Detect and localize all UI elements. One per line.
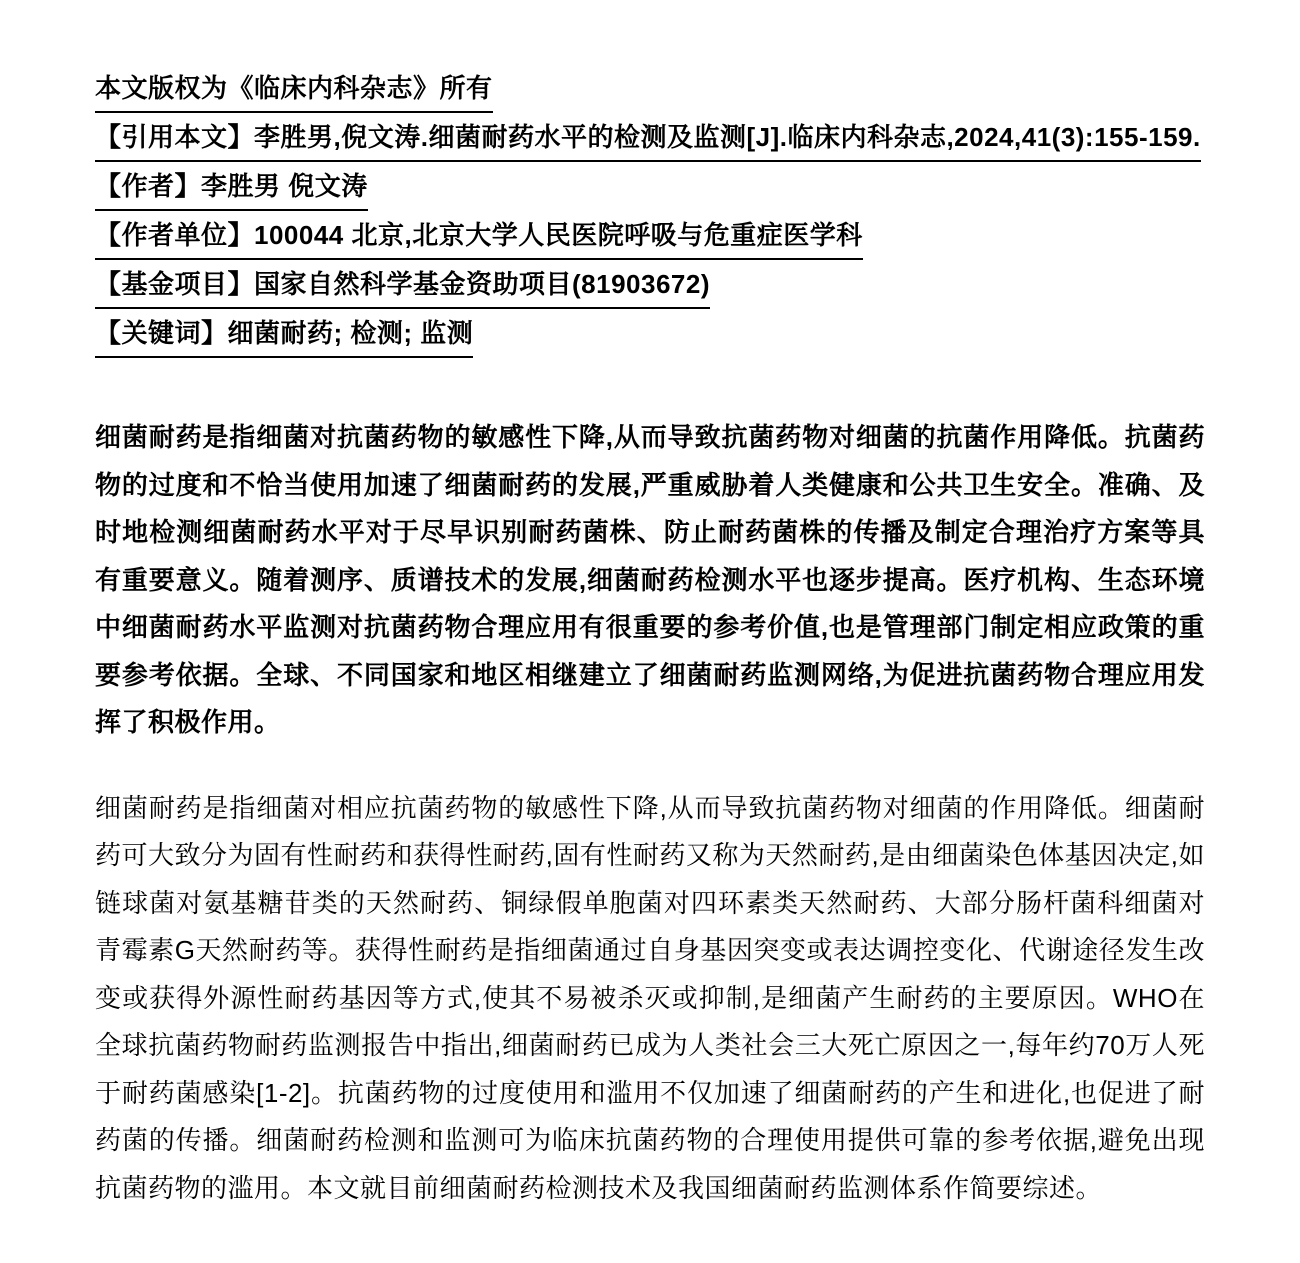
- funding-text: 【基金项目】国家自然科学基金资助项目(81903672): [95, 268, 710, 309]
- article-header-meta: 本文版权为《临床内科杂志》所有 【引用本文】李胜男,倪文涛.细菌耐药水平的检测及…: [95, 72, 1205, 358]
- keywords-text: 【关键词】细菌耐药; 检测; 监测: [95, 317, 473, 358]
- keywords-line: 【关键词】细菌耐药; 检测; 监测: [95, 317, 1205, 358]
- copyright-line: 本文版权为《临床内科杂志》所有: [95, 72, 1205, 113]
- abstract-paragraph: 细菌耐药是指细菌对抗菌药物的敏感性下降,从而导致抗菌药物对细菌的抗菌作用降低。抗…: [95, 414, 1205, 747]
- body-paragraph: 细菌耐药是指细菌对相应抗菌药物的敏感性下降,从而导致抗菌药物对细菌的作用降低。细…: [95, 785, 1205, 1213]
- citation-text: 【引用本文】李胜男,倪文涛.细菌耐药水平的检测及监测[J].临床内科杂志,202…: [95, 121, 1201, 162]
- copyright-text: 本文版权为《临床内科杂志》所有: [95, 72, 493, 113]
- affiliation-text: 【作者单位】100044 北京,北京大学人民医院呼吸与危重症医学科: [95, 219, 863, 260]
- authors-line: 【作者】李胜男 倪文涛: [95, 170, 1205, 211]
- authors-text: 【作者】李胜男 倪文涛: [95, 170, 368, 211]
- affiliation-line: 【作者单位】100044 北京,北京大学人民医院呼吸与危重症医学科: [95, 219, 1205, 260]
- funding-line: 【基金项目】国家自然科学基金资助项目(81903672): [95, 268, 1205, 309]
- citation-line: 【引用本文】李胜男,倪文涛.细菌耐药水平的检测及监测[J].临床内科杂志,202…: [95, 121, 1205, 162]
- article-page: 本文版权为《临床内科杂志》所有 【引用本文】李胜男,倪文涛.细菌耐药水平的检测及…: [0, 0, 1300, 1263]
